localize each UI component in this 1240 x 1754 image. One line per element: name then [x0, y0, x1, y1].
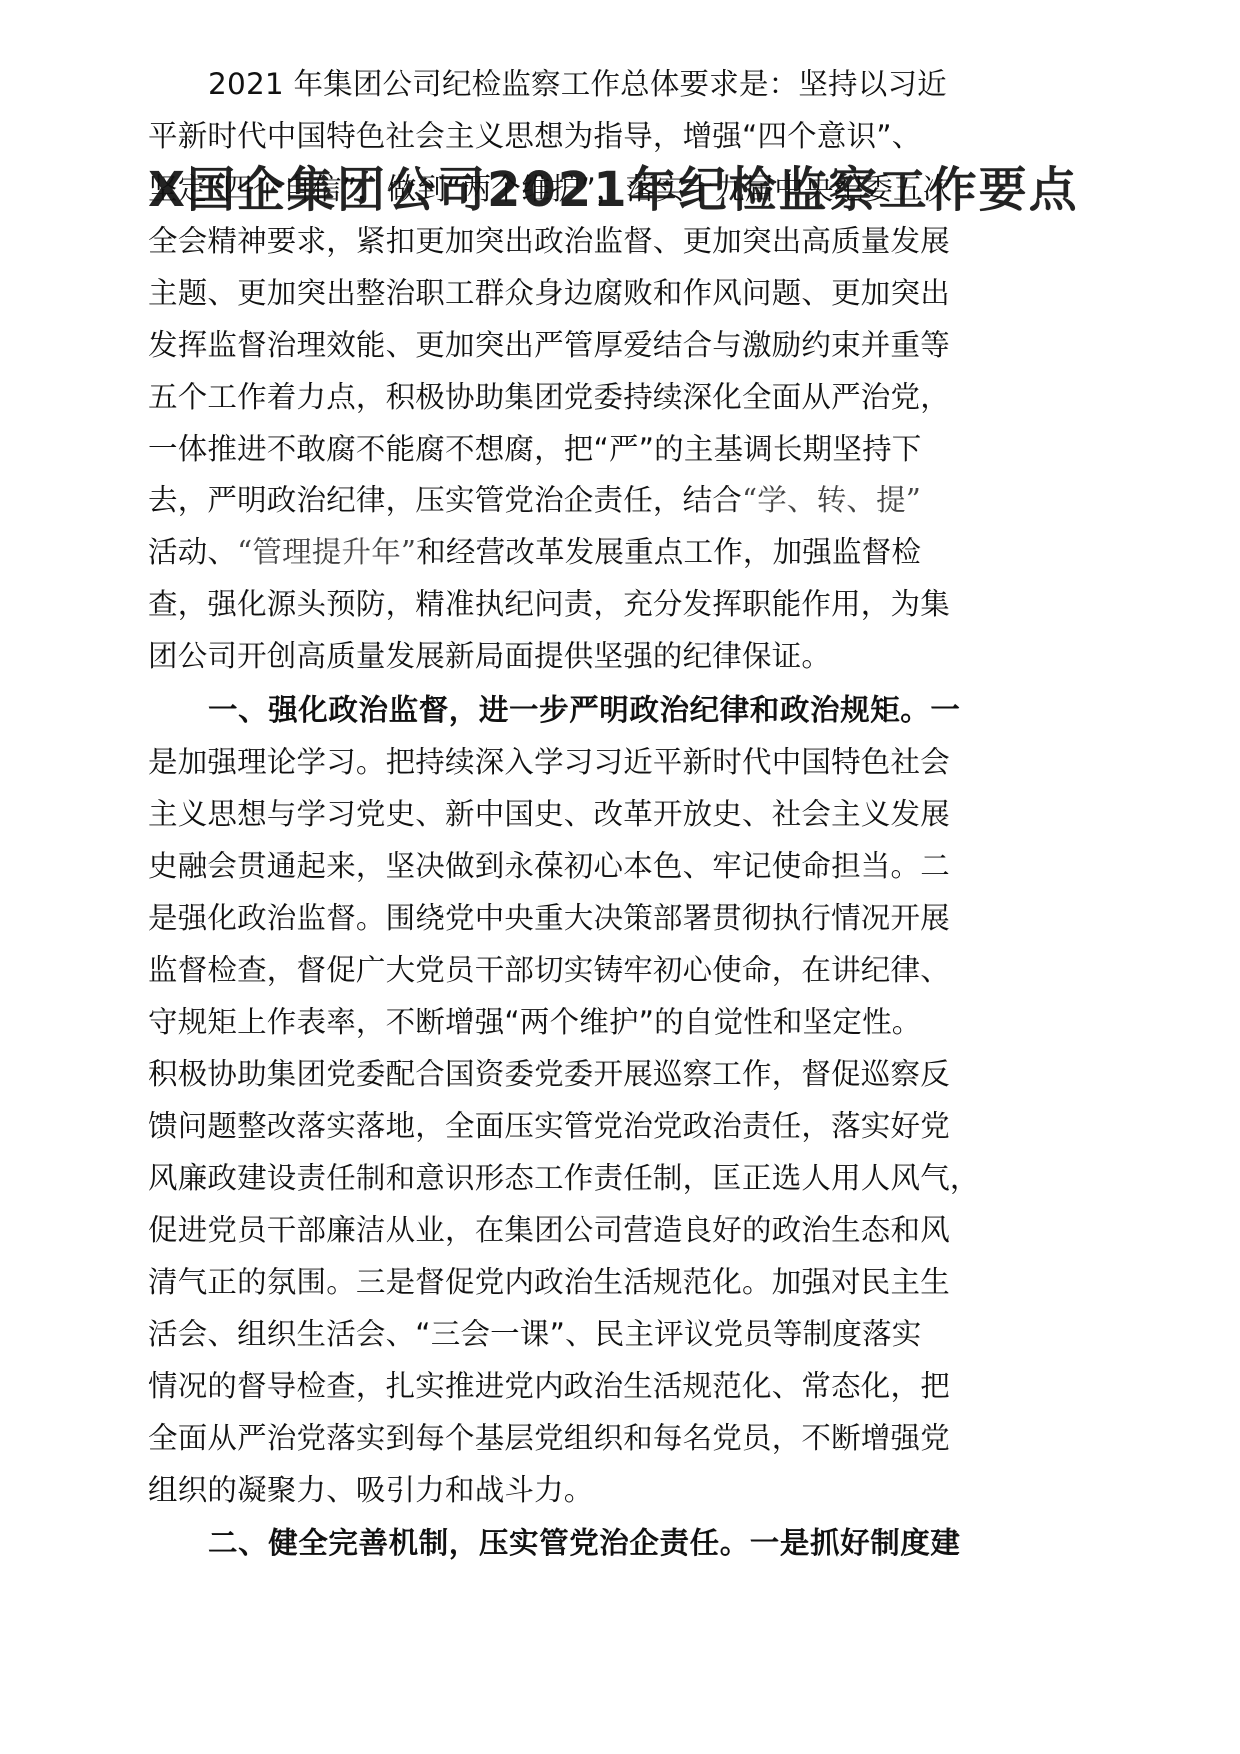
paragraph-intro-line-4: 全会精神要求，紧扣更加突出政治监督、更加突出高质量发展	[148, 215, 1148, 267]
section-1-heading: 一、强化政治监督，进一步严明政治纪律和政治规矩。一	[208, 684, 1208, 736]
section-1-line-2: 是加强理论学习。把持续深入学习习近平新时代中国特色社会	[148, 736, 1148, 788]
line-text: 和经营改革发展重点工作，加强监督检	[416, 535, 921, 569]
paragraph-intro-line-8: 一体推进不敢腐不能腐不想腐，把“严”的主基调长期坚持下	[148, 423, 1148, 475]
section-1-line-12: 清气正的氛围。三是督促党内政治生活规范化。加强对民主生	[148, 1256, 1148, 1308]
paragraph-intro-line-5: 主题、更加突出整治职工群众身边腐败和作风问题、更加突出	[148, 267, 1148, 319]
paragraph-intro-line-1: 2021 年集团公司纪检监察工作总体要求是：坚持以习近	[208, 58, 1208, 110]
section-1-line-7: 守规矩上作表率，不断增强“两个维护”的自觉性和坚定性。	[148, 996, 1148, 1048]
paragraph-intro-line-2: 平新时代中国特色社会主义思想为指导，增强“四个意识”、	[148, 110, 1148, 162]
section-1-line-9: 馈问题整改落实落地，全面压实管党治党政治责任，落实好党	[148, 1100, 1148, 1152]
section-1-line-10: 风廉政建设责任制和意识形态工作责任制，匡正选人用人风气，	[148, 1152, 1148, 1204]
paragraph-intro-line-11: 查，强化源头预防，精准执纪问责，充分发挥职能作用，为集	[148, 578, 1148, 630]
section-1-line-16: 组织的凝聚力、吸引力和战斗力。	[148, 1464, 1148, 1516]
section-1-line-3: 主义思想与学习党史、新中国史、改革开放史、社会主义发展	[148, 788, 1148, 840]
paragraph-intro-line-12: 团公司开创高质量发展新局面提供坚强的纪律保证。	[148, 630, 1148, 682]
quote-guanli-tisheng-nian: “管理提升年”	[237, 535, 416, 569]
paragraph-intro-line-6: 发挥监督治理效能、更加突出严管厚爱结合与激励约束并重等	[148, 319, 1148, 371]
section-1-line-6: 监督检查，督促广大党员干部切实铸牢初心使命，在讲纪律、	[148, 944, 1148, 996]
line-text: 活动、	[148, 535, 237, 569]
section-2-heading: 二、健全完善机制，压实管党治企责任。一是抓好制度建	[208, 1517, 1208, 1569]
section-1-line-5: 是强化政治监督。围绕党中央重大决策部署贯彻执行情况开展	[148, 892, 1148, 944]
document-title: X国企集团公司2021年纪检监察工作要点	[148, 160, 1079, 220]
paragraph-intro-line-9: 去，严明政治纪律，压实管党治企责任，结合“学、转、提”	[148, 474, 1148, 526]
section-1-line-4: 史融会贯通起来，坚决做到永葆初心本色、牢记使命担当。二	[148, 840, 1148, 892]
section-1-line-11: 促进党员干部廉洁从业，在集团公司营造良好的政治生态和风	[148, 1204, 1148, 1256]
line-text: 去，严明政治纪律，压实管党治企责任，结合	[148, 483, 742, 517]
document-page: 2021 年集团公司纪检监察工作总体要求是：坚持以习近 平新时代中国特色社会主义…	[0, 0, 1240, 1754]
section-1-line-8: 积极协助集团党委配合国资委党委开展巡察工作，督促巡察反	[148, 1048, 1148, 1100]
paragraph-intro-line-7: 五个工作着力点，积极协助集团党委持续深化全面从严治党，	[148, 371, 1148, 423]
section-1-line-13: 活会、组织生活会、“三会一课”、民主评议党员等制度落实	[148, 1308, 1148, 1360]
paragraph-intro-line-10: 活动、“管理提升年”和经营改革发展重点工作，加强监督检	[148, 526, 1148, 578]
quote-xue-zhuan-ti: “学、转、提”	[742, 483, 921, 517]
section-1-line-15: 全面从严治党落实到每个基层党组织和每名党员，不断增强党	[148, 1412, 1148, 1464]
section-1-line-14: 情况的督导检查，扎实推进党内政治生活规范化、常态化，把	[148, 1360, 1148, 1412]
